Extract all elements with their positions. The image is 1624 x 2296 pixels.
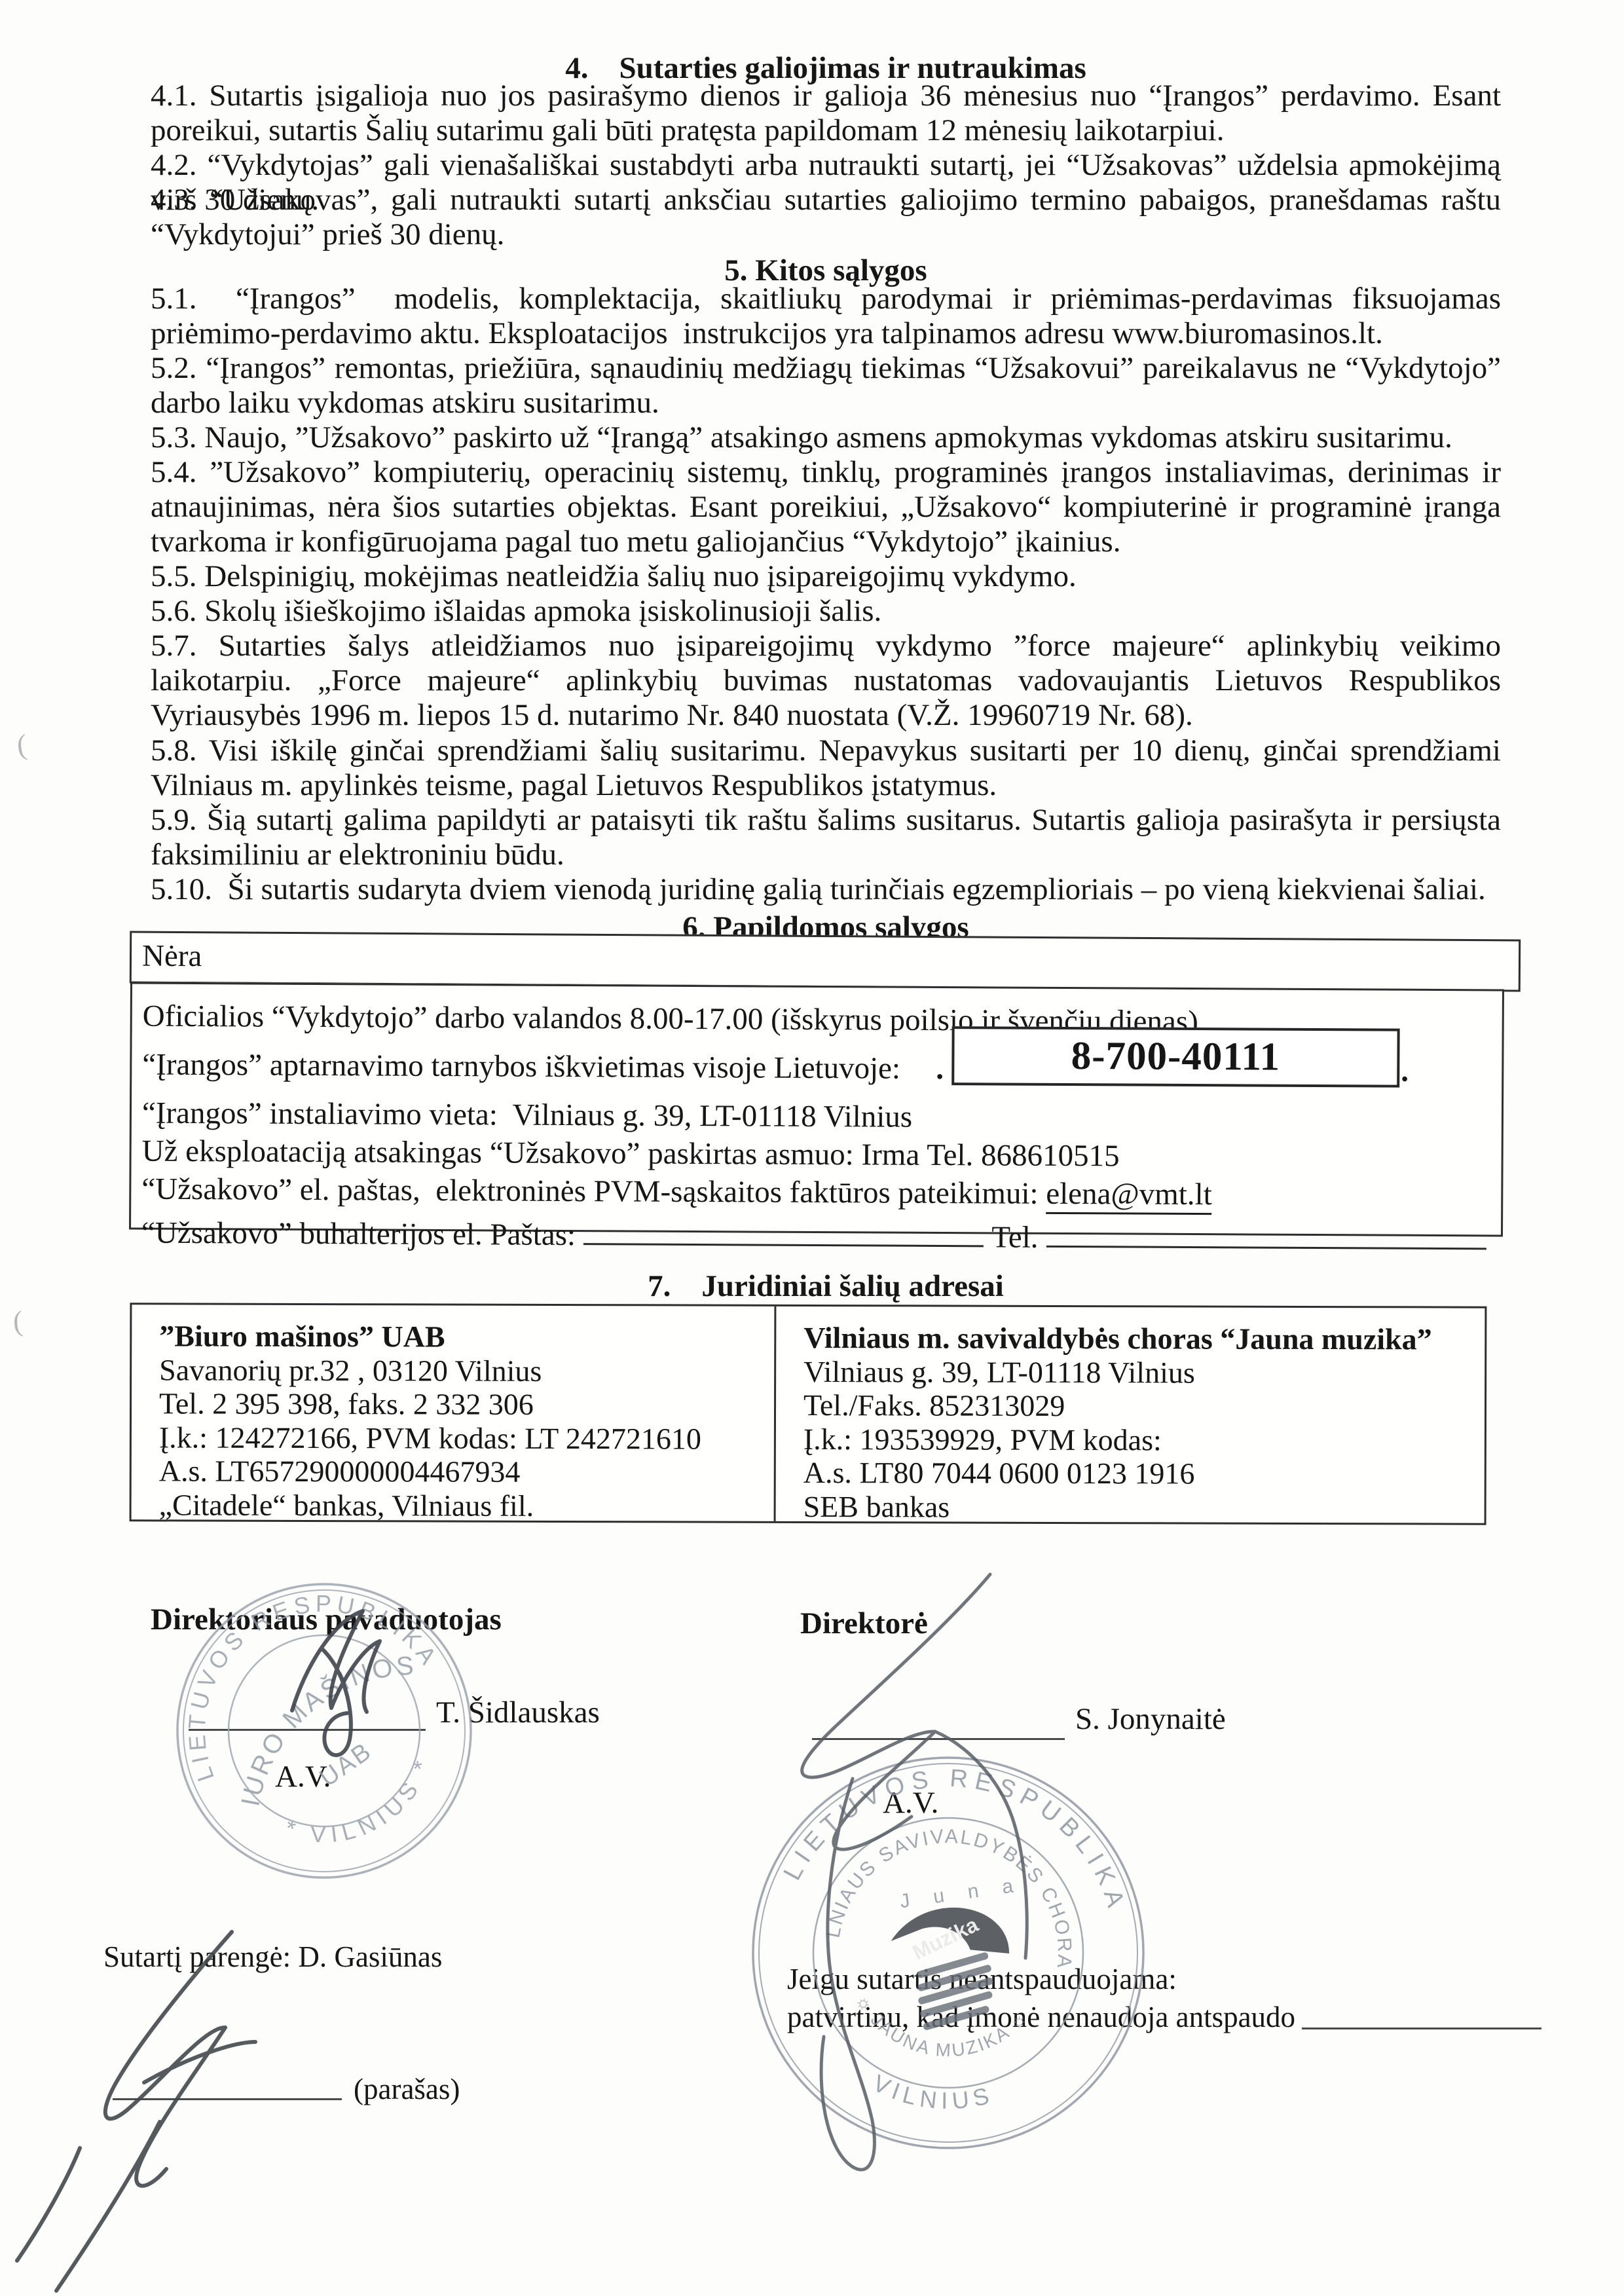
service-phone-number: 8-700-40111 (1071, 1033, 1281, 1081)
right-signer-title: Direktorė (800, 1606, 928, 1641)
service-phone-box: 8-700-40111 (951, 1026, 1399, 1088)
no-stamp-text-1: Jeigu sutartis neantspauduojama: (787, 1962, 1177, 1996)
party-account: A.s. LT657290000004467934 (159, 1454, 756, 1489)
left-signer-name: T. Šidlauskas (436, 1695, 600, 1730)
stamp-center-small-text: J u n a (898, 1874, 1024, 1912)
legal-addresses-table: ”Biuro mašinos” UAB Savanorių pr.32 , 03… (130, 1303, 1487, 1525)
responsible-person-line: Už eksploataciją atsakingas “Užsakovo” p… (142, 1134, 1120, 1174)
stamp-outer-ring-2 (740, 1745, 1156, 2160)
stamp-inner-ring (800, 1805, 1097, 2102)
scan-artifact: ( (12, 1305, 24, 1339)
stamp-ring-bottom-text: VILNIUS (868, 2068, 999, 2120)
stamp-inner-top-text: VILNIAUS SAVIVALDYBĖS CHORAS (739, 1737, 1099, 1971)
party-name: ”Biuro mašinos” UAB (159, 1319, 756, 1354)
choir-stamp-jauna-muzika: LIETUVOS RESPUBLIKA VILNIUS VILNIAUS SAV… (739, 1737, 1158, 2169)
left-signer-title: Direktoriaus pavaduotojas (151, 1602, 502, 1637)
phone-dot-right: . (1401, 1054, 1409, 1089)
clause-4-1: 4.1. Sutartis įsigalioja nuo jos pasiraš… (151, 79, 1501, 148)
clause-5-4: 5.4. ”Užsakovo” kompiuterių, operacinių … (151, 455, 1501, 559)
left-signature-line (189, 1729, 426, 1731)
svg-text:VILNIUS: VILNIUS (868, 2068, 999, 2120)
stamp-outer-ring (739, 1738, 1158, 2167)
clause-5-7: 5.7. Sutarties šalys atleidžiamos nuo įs… (151, 629, 1501, 733)
accounting-tel-blank (1046, 1212, 1486, 1250)
left-av-mark: A.V. (275, 1759, 331, 1794)
email-line-prefix: “Užsakovo” el. paštas, elektroninės PVM-… (141, 1172, 1046, 1211)
clause-5-3: 5.3. Naujo, ”Užsakovo” paskirto už “Įran… (151, 420, 1501, 455)
scan-artifact: ( (15, 728, 28, 762)
scanned-contract-page: 4. Sutarties galiojimas ir nutraukimas 4… (0, 0, 1624, 2296)
section-7-heading: 7. Juridiniai šalių adresai (151, 1269, 1501, 1304)
additional-terms-value: Nėra (142, 938, 202, 974)
party-code: Į.k.: 193539929, PVM kodas: (803, 1422, 1466, 1457)
svg-text:LIETUVOS RESPUBLIKA: LIETUVOS RESPUBLIKA (777, 1747, 1144, 1919)
phone-dot-left: . (936, 1051, 944, 1086)
accounting-email-label: “Užsakovo” buhalterijos el. Paštas: (141, 1215, 576, 1253)
no-stamp-text-2: patvirtinu, kad įmonė nenaudoja antspaud… (787, 2000, 1295, 2034)
right-signature-line (812, 1738, 1065, 1740)
right-signer-name: S. Jonynaitė (1075, 1701, 1226, 1737)
right-av-mark: A.V. (883, 1785, 938, 1821)
stamp-inner-ring (196, 1602, 453, 1860)
party-bank: „Citadele“ bankas, Vilniaus fil. (159, 1488, 756, 1523)
clause-4-3: 4.3. “Užsakovas”, gali nutraukti sutartį… (151, 183, 1501, 252)
stamp-logo-word: Muzika (909, 1912, 982, 1964)
clause-5-10: 5.10. Ši sutartis sudaryta dviem vienodą… (151, 872, 1501, 907)
install-location-line: “Įrangos” instaliavimo vieta: Vilniaus g… (142, 1096, 912, 1135)
clause-5-5: 5.5. Delspinigių, mokėjimas neatleidžia … (151, 559, 1501, 594)
parasas-line (113, 2098, 342, 2100)
party-account: A.s. LT80 7044 0600 0123 1916 (803, 1456, 1466, 1491)
party-code: Į.k.: 124272166, PVM kodas: LT 242721610 (159, 1420, 756, 1456)
clause-5-2: 5.2. “Įrangos” remontas, priežiūra, sąna… (151, 351, 1501, 420)
service-call-label: “Įrangos” aptarnavimo tarnybos iškvietim… (142, 1047, 900, 1086)
party-address: Savanorių pr.32 , 03120 Vilnius (159, 1353, 756, 1388)
party-cell-contractor: ”Biuro mašinos” UAB Savanorių pr.32 , 03… (132, 1305, 777, 1521)
signature-jonynaite (802, 1574, 1027, 2170)
email-value: elena@vmt.lt (1046, 1177, 1212, 1215)
accounting-tel-label: Tel. (991, 1219, 1038, 1255)
party-phone: Tel./Faks. 852313029 (803, 1388, 1466, 1424)
party-bank: SEB bankas (803, 1489, 1466, 1525)
stamp-ring-top-text: LIETUVOS RESPUBLIKA (777, 1747, 1144, 1919)
no-stamp-blank-line (1302, 2028, 1541, 2029)
party-phone: Tel. 2 395 398, faks. 2 332 306 (159, 1386, 756, 1422)
svg-text:VILNIAUS SAVIVALDYBĖS CHORAS: VILNIAUS SAVIVALDYBĖS CHORAS (739, 1737, 1099, 1971)
clause-5-6: 5.6. Skolų išieškojimo išlaidas apmoka į… (151, 594, 1501, 629)
clause-5-9: 5.9. Šią sutartį galima papildyti ar pat… (151, 803, 1501, 872)
stamp-logo-swoosh (887, 1900, 1010, 1969)
email-line: “Užsakovo” el. paštas, elektroninės PVM-… (141, 1172, 1212, 1213)
service-info-box: Oficialios “Vykdytojo” darbo valandos 8.… (129, 982, 1504, 1237)
party-address: Vilniaus g. 39, LT-01118 Vilnius (803, 1354, 1466, 1390)
clause-5-8: 5.8. Visi iškilę ginčai sprendžiami šali… (151, 733, 1501, 803)
clause-5-1: 5.1. “Įrangos” modelis, komplektacija, s… (151, 282, 1501, 351)
signature-gasiunas (17, 1932, 255, 2291)
prepared-by-line: Sutartį parengė: D. Gasiūnas (103, 1940, 442, 1974)
parasas-label: (parašas) (354, 2072, 460, 2106)
party-cell-client: Vilniaus m. savivaldybės choras “Jauna m… (776, 1306, 1485, 1523)
accounting-email-line: “Užsakovo” buhalterijos el. Paštas: Tel. (141, 1207, 1489, 1258)
party-name: Vilniaus m. savivaldybės choras “Jauna m… (803, 1321, 1466, 1356)
accounting-email-blank (583, 1209, 984, 1247)
